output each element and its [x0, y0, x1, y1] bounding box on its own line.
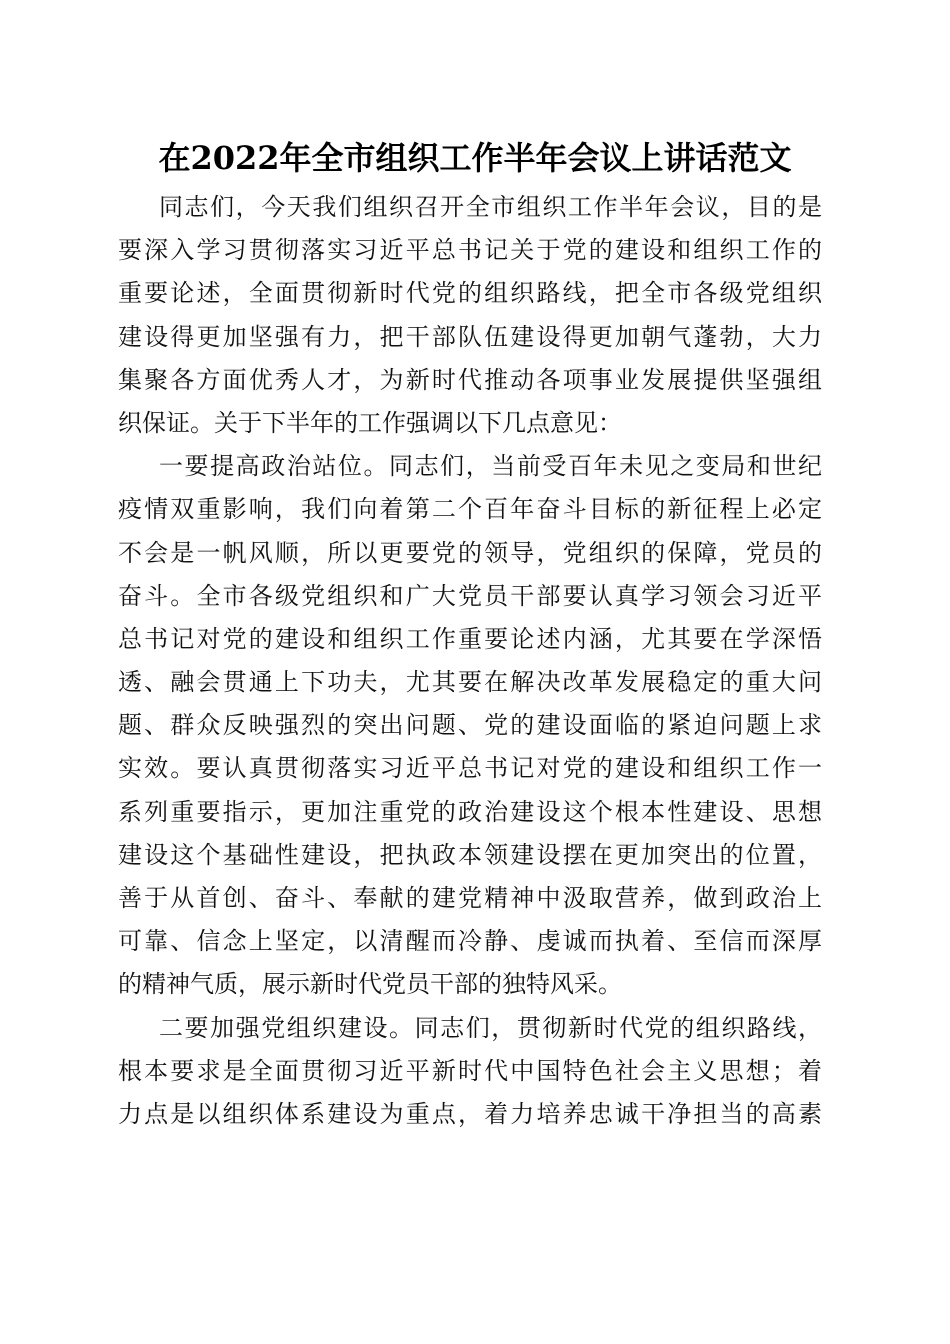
paragraph-2-line-5: 总书记对党的建设和组织工作重要论述内涵，尤其要在学深悟	[118, 618, 822, 661]
paragraph-2-line-6: 透、融会贯通上下功夫，尤其要在解决改革发展稳定的重大问	[118, 661, 822, 704]
paragraph-2-line-11: 善于从首创、奋斗、奉献的建党精神中汲取营养，做到政治上	[118, 877, 822, 920]
paragraph-2-line-3: 不会是一帆风顺，所以更要党的领导，党组织的保障，党员的	[118, 532, 822, 575]
paragraph-2-line-8: 实效。要认真贯彻落实习近平总书记对党的建设和组织工作一	[118, 747, 822, 790]
paragraph-1-line-4: 建设得更加坚强有力，把干部队伍建设得更加朝气蓬勃，大力	[118, 316, 822, 359]
paragraph-2-line-13: 的精神气质，展示新时代党员干部的独特风采。	[118, 963, 822, 1006]
paragraph-3-line-2: 根本要求是全面贯彻习近平新时代中国特色社会主义思想；着	[118, 1050, 822, 1093]
paragraph-1-line-2: 要深入学习贯彻落实习近平总书记关于党的建设和组织工作的	[118, 229, 822, 272]
paragraph-3-line-1: 二要加强党组织建设。同志们，贯彻新时代党的组织路线，	[118, 1007, 822, 1050]
paragraph-2-line-2: 疫情双重影响，我们向着第二个百年奋斗目标的新征程上必定	[118, 488, 822, 531]
paragraph-2-line-12: 可靠、信念上坚定，以清醒而冷静、虔诚而执着、至信而深厚	[118, 920, 822, 963]
paragraph-2-line-7: 题、群众反映强烈的突出问题、党的建设面临的紧迫问题上求	[118, 704, 822, 747]
document-title: 在2022年全市组织工作半年会议上讲话范文	[0, 136, 950, 180]
paragraph-1-line-3: 重要论述，全面贯彻新时代党的组织路线，把全市各级党组织	[118, 272, 822, 315]
paragraph-1-line-6: 织保证。关于下半年的工作强调以下几点意见：	[118, 402, 822, 445]
document-body: 同志们，今天我们组织召开全市组织工作半年会议，目的是 要深入学习贯彻落实习近平总…	[118, 186, 822, 1136]
paragraph-2-line-1: 一要提高政治站位。同志们，当前受百年未见之变局和世纪	[118, 445, 822, 488]
paragraph-1-line-5: 集聚各方面优秀人才，为新时代推动各项事业发展提供坚强组	[118, 359, 822, 402]
paragraph-2-line-4: 奋斗。全市各级党组织和广大党员干部要认真学习领会习近平	[118, 575, 822, 618]
paragraph-1-line-1: 同志们，今天我们组织召开全市组织工作半年会议，目的是	[118, 186, 822, 229]
paragraph-3-line-3: 力点是以组织体系建设为重点，着力培养忠诚干净担当的高素	[118, 1093, 822, 1136]
paragraph-2-line-10: 建设这个基础性建设，把执政本领建设摆在更加突出的位置，	[118, 834, 822, 877]
paragraph-2-line-9: 系列重要指示，更加注重党的政治建设这个根本性建设、思想	[118, 791, 822, 834]
document-page: 在2022年全市组织工作半年会议上讲话范文 同志们，今天我们组织召开全市组织工作…	[0, 0, 950, 1344]
